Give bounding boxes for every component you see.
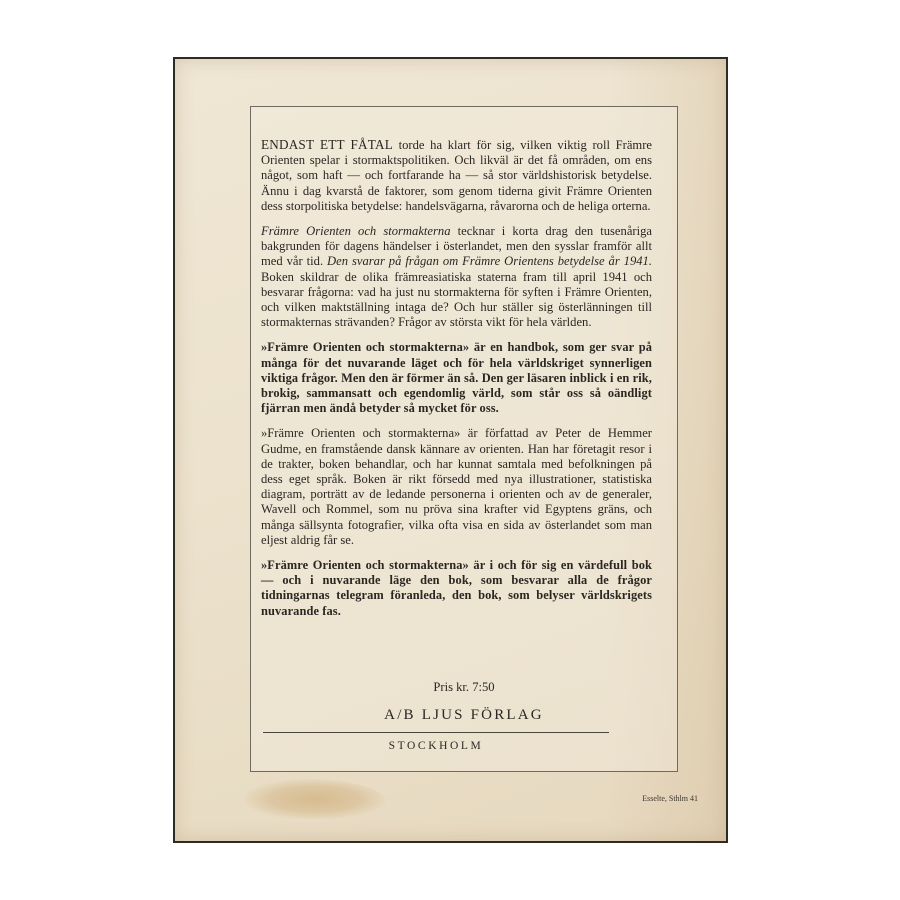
publisher-name: A/B LJUS FÖRLAG <box>251 707 677 724</box>
paragraph-intro: ENDAST ETT FÅTAL torde ha klart för sig,… <box>261 137 652 214</box>
paragraph-author: »Främre Orienten och stormakterna» är fö… <box>261 426 652 548</box>
paragraph-handbook: »Främre Orienten och stormakterna» är en… <box>261 340 652 416</box>
divider-rule <box>263 732 609 733</box>
paragraph-summary: Främre Orienten och stormakterna tecknar… <box>261 224 652 330</box>
blurb-text: ENDAST ETT FÅTAL torde ha klart för sig,… <box>261 137 652 629</box>
price-label: Pris kr. 7:50 <box>251 680 677 695</box>
key-sentence-italic: Den svarar på frågan om Främre Orientens… <box>327 254 652 268</box>
book-back-cover: ENDAST ETT FÅTAL torde ha klart för sig,… <box>173 57 728 843</box>
text-frame: ENDAST ETT FÅTAL torde ha klart för sig,… <box>250 106 678 772</box>
paper-stain <box>245 779 385 819</box>
paragraph-closing: »Främre Orienten och stormakterna» är i … <box>261 558 652 619</box>
lead-in-caps: ENDAST ETT FÅTAL <box>261 137 393 152</box>
book-title-italic: Främre Orienten och stormakterna <box>261 224 451 238</box>
printer-mark: Esselte, Sthlm 41 <box>642 794 698 803</box>
publisher-city: STOCKHOLM <box>251 740 621 752</box>
